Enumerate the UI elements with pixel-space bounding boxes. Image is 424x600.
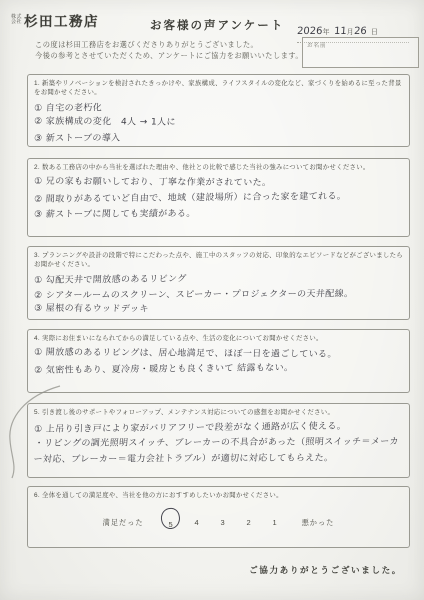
survey-sheet: 株式会社 杉田工務店 お客様の声アンケート 2026年 11月26 日 お名前 … bbox=[0, 0, 424, 600]
intro-text: この度は杉田工務店をお選びくださりありがとうございました。 今後の参考とさせてい… bbox=[35, 39, 303, 61]
handwritten-answer: ③ 屋根の有るウッドデッキ bbox=[34, 302, 404, 320]
question-6-label: 6. 全体を通しての満足度や、当社を他の方におすすめしたいかお聞かせください。 bbox=[34, 492, 403, 501]
question-1-answers: ① 自宅の老朽化 ② 家族構成の変化 4人 → 1人に ③ 新ストーブの導入 bbox=[34, 100, 403, 147]
handwritten-answer: ・リビングの調光照明スイッチ、ブレーカーの不具合があった（照明スイッチ＝メーカー… bbox=[33, 435, 404, 468]
question-box-5: 5. 引き渡し後のサポートやフォローアップ、メンテナンス対応についての感想をお聞… bbox=[27, 403, 410, 478]
intro-line-1: この度は杉田工務店をお選びくださりありがとうございました。 bbox=[35, 39, 303, 50]
question-1-label: 1. 新築やリノベーションを検討されたきっかけや、家族構成、ライフスタイルの変化… bbox=[34, 80, 403, 97]
rating-option-2: 2 bbox=[236, 518, 262, 527]
page-title: お客様の声アンケート bbox=[150, 17, 284, 33]
question-2-label: 2. 数ある工務店の中から当社を選ばれた理由や、他社との比較で感じた当社の強みに… bbox=[34, 164, 403, 173]
name-box: お名前 bbox=[302, 37, 419, 68]
date-day-unit: 日 bbox=[371, 29, 378, 36]
rating-option-1: 1 bbox=[262, 518, 288, 527]
question-2-answers: ① 兄の家もお願いしており、丁寧な作業がされていた。 ② 間取りがあるていど自由… bbox=[34, 176, 403, 223]
question-3-answers: ① 勾配天井で開放感のあるリビング ② シアタールームのスクリーン、スピーカー・… bbox=[34, 272, 403, 319]
date-year: 2026 bbox=[297, 26, 323, 37]
question-box-1: 1. 新築やリノベーションを検討されたきっかけや、家族構成、ライフスタイルの変化… bbox=[27, 74, 410, 147]
question-5-answers: ① 上吊り引き戸により家がバリアフリーで段差がなく通路が広く使える。 ・リビング… bbox=[34, 421, 403, 468]
company-name: 杉田工務店 bbox=[24, 10, 99, 30]
company-prefix: 株式会社 bbox=[11, 15, 22, 25]
rating-left-label: 満足だった bbox=[103, 518, 144, 528]
question-box-6: 6. 全体を通しての満足度や、当社を他の方におすすめしたいかお聞かせください。 … bbox=[27, 486, 410, 548]
rating-option-4: 4 bbox=[184, 518, 210, 527]
handwritten-circle-mark bbox=[159, 506, 181, 530]
question-3-label: 3. プランニングや設計の段階で特にこだわった点や、施工中のスタッフの対応、印象… bbox=[34, 252, 403, 269]
question-box-4: 4. 実際にお住まいになられてからの満足している点や、生活の変化についてお聞かせ… bbox=[27, 329, 410, 393]
date-month-unit: 月 bbox=[347, 29, 354, 36]
date-day: 26 bbox=[353, 26, 367, 37]
rating-scale: 満足だった 5 4 3 2 1 悪かった bbox=[34, 514, 403, 532]
handwritten-answer: ③ 薪ストーブに関しても実績がある。 bbox=[34, 206, 404, 223]
rating-right-label: 悪かった bbox=[302, 518, 335, 528]
question-5-label: 5. 引き渡し後のサポートやフォローアップ、メンテナンス対応についての感想をお聞… bbox=[34, 409, 403, 418]
handwritten-answer: ② 気密性もあり、夏冷房・暖房とも良くきいて 結露もない。 bbox=[34, 360, 404, 379]
rating-option-3: 3 bbox=[210, 518, 236, 527]
company-logo: 株式会社 杉田工務店 bbox=[11, 10, 99, 30]
footer-thanks: ご協力ありがとうございました。 bbox=[249, 564, 402, 576]
name-box-label: お名前 bbox=[303, 38, 418, 49]
question-box-2: 2. 数ある工務店の中から当社を選ばれた理由や、他社との比較で感じた当社の強みに… bbox=[27, 158, 410, 237]
date-year-unit: 年 bbox=[322, 29, 329, 36]
question-box-3: 3. プランニングや設計の段階で特にこだわった点や、施工中のスタッフの対応、印象… bbox=[27, 246, 410, 320]
intro-line-2: 今後の参考とさせていただくため、アンケートにご協力をお願いいたします。 bbox=[35, 50, 303, 61]
rating-option-5-selected: 5 bbox=[158, 514, 184, 532]
question-4-label: 4. 実際にお住まいになられてからの満足している点や、生活の変化についてお聞かせ… bbox=[34, 335, 403, 344]
question-4-answers: ① 開放感のあるリビングは、居心地満足で、ほぼ一日を過ごしている。 ② 気密性も… bbox=[34, 347, 403, 378]
stray-pen-stroke bbox=[0, 378, 70, 488]
date-month: 11 bbox=[334, 26, 348, 37]
handwritten-answer: ③ 新ストーブの導入 bbox=[34, 130, 404, 147]
